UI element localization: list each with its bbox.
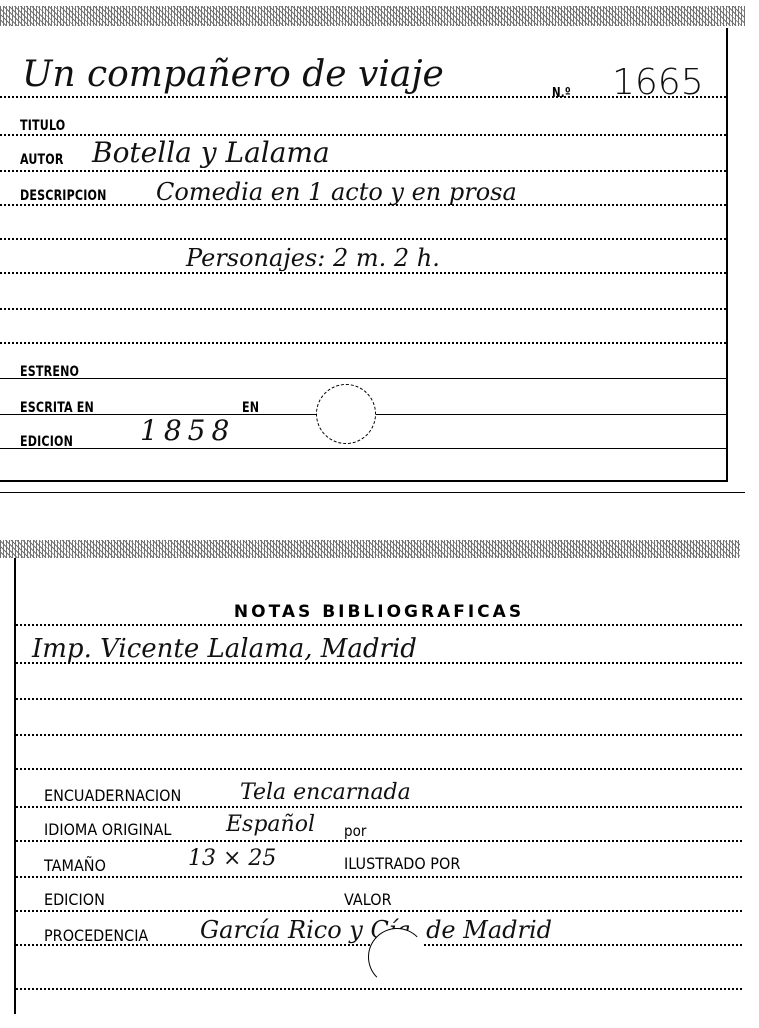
idioma-label: IDIOMA ORIGINAL	[44, 820, 171, 839]
rule	[16, 624, 742, 626]
procedencia-label: PROCEDENCIA	[44, 926, 148, 945]
rule	[0, 238, 726, 240]
scan-noise-top	[0, 6, 745, 26]
punch-hole	[316, 384, 376, 444]
rule	[16, 806, 742, 808]
notes-line-1: Imp. Vicente Lalama, Madrid	[32, 634, 417, 664]
rule	[0, 308, 726, 310]
rule	[16, 988, 742, 990]
valor-label: VALOR	[344, 890, 392, 909]
number-label: N.º	[552, 86, 571, 101]
punch-hole	[368, 928, 426, 986]
descripcion-label: DESCRIPCION	[20, 188, 107, 204]
encuadernacion-value: Tela encarnada	[240, 780, 411, 805]
autor-label: AUTOR	[20, 152, 64, 168]
rule	[0, 448, 726, 449]
title-handwritten: Un compañero de viaje	[22, 54, 444, 95]
rule	[0, 378, 726, 379]
rule	[16, 698, 742, 700]
edicion-label-back: EDICION	[44, 890, 105, 909]
notes-heading: NOTAS BIBLIOGRAFICAS	[16, 602, 742, 622]
catalog-card-front: Un compañero de viaje N.º 1665 TITULO AU…	[0, 28, 728, 482]
tamano-label: TAMAÑO	[44, 856, 106, 875]
rule	[0, 342, 726, 344]
rule	[16, 734, 742, 736]
autor-value: Botella y Lalama	[92, 136, 330, 169]
description-extra: Personajes: 2 m. 2 h.	[186, 244, 440, 272]
rule	[0, 170, 726, 172]
descripcion-value: Comedia en 1 acto y en prosa	[156, 178, 517, 206]
catalog-card-back: NOTAS BIBLIOGRAFICAS Imp. Vicente Lalama…	[14, 558, 742, 1014]
rule	[16, 876, 742, 878]
encuadernacion-label: ENCUADERNACION	[44, 786, 181, 805]
ilustrado-label: ILUSTRADO POR	[344, 854, 460, 873]
idioma-value: Español	[226, 812, 315, 837]
rule	[0, 96, 726, 98]
edicion-value: 1858	[140, 414, 235, 447]
rule	[16, 840, 742, 842]
rule	[16, 910, 742, 912]
rule	[16, 768, 742, 770]
titulo-label: TITULO	[20, 118, 65, 134]
rule	[0, 204, 726, 206]
por-label: por	[344, 822, 366, 840]
scan-noise-bottom	[0, 540, 740, 558]
rule	[0, 272, 726, 274]
card-separator	[0, 492, 745, 493]
tamano-value: 13 × 25	[188, 846, 276, 871]
rule	[16, 662, 742, 664]
